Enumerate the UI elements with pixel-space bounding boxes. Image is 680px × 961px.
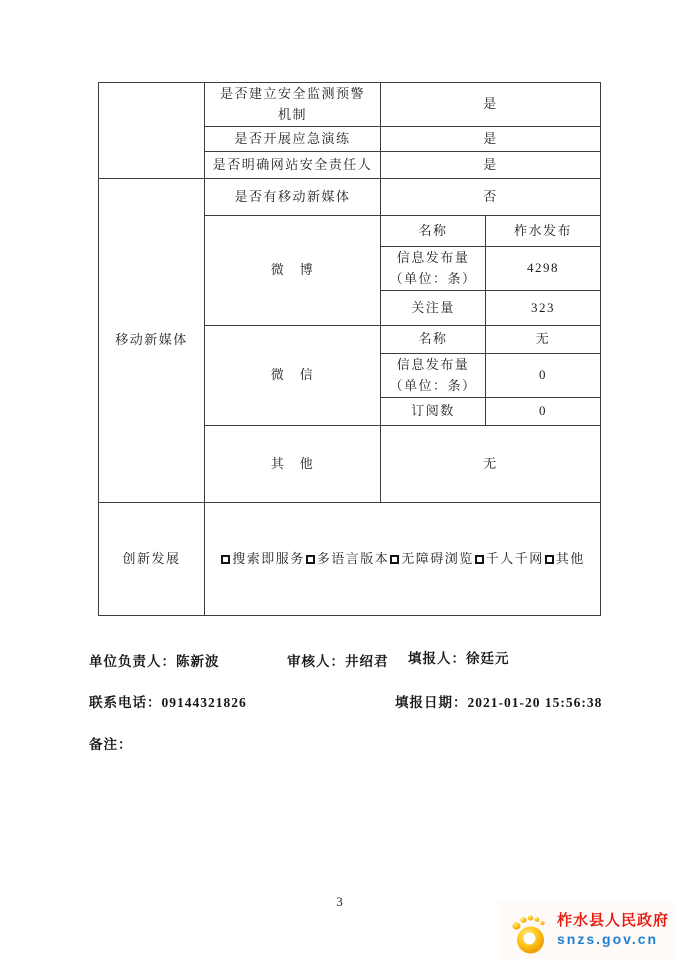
field-value: 09144321826 <box>162 695 247 710</box>
innovation-options: 搜索即服务多语言版本无障碍浏览千人千网其他 <box>205 503 601 616</box>
report-table: 是否建立安全监测预警 机制 是 是否开展应急演练 是 是否明确网站安全责任人 是… <box>98 82 601 616</box>
metric-value-cell: 无 <box>486 326 601 354</box>
logo-domain: snzs.gov.cn <box>557 931 669 947</box>
question-cell: 是否有移动新媒体 <box>205 179 381 216</box>
field-value: 井绍君 <box>345 654 389 669</box>
unit-responsible-field: 单位负责人：陈新波 <box>89 650 220 670</box>
innovation-option: 千人千网 <box>474 551 544 566</box>
field-label: 备注： <box>89 737 133 752</box>
option-label: 其他 <box>556 551 585 566</box>
section-cell-continued <box>99 83 205 179</box>
option-label: 千人千网 <box>486 551 544 566</box>
innovation-option: 其他 <box>544 551 585 566</box>
gov-logo: 柞水县人民政府 snzs.gov.cn <box>499 901 675 959</box>
field-value: 徐廷元 <box>466 651 510 666</box>
metric-value-cell: 0 <box>486 398 601 426</box>
metric-label-cell: 名称 <box>381 326 486 354</box>
logo-text-block: 柞水县人民政府 snzs.gov.cn <box>557 913 669 946</box>
checkbox-icon <box>475 555 484 564</box>
answer-cell: 是 <box>381 152 601 179</box>
checkbox-icon <box>545 555 554 564</box>
answer-cell: 是 <box>381 127 601 152</box>
weibo-label-cell: 微 博 <box>205 216 381 326</box>
metric-value-cell: 0 <box>486 354 601 398</box>
checkbox-icon <box>221 555 230 564</box>
metric-value-cell: 柞水发布 <box>486 216 601 247</box>
option-label: 搜索即服务 <box>232 551 305 566</box>
field-label: 单位负责人： <box>89 654 176 669</box>
logo-org-name: 柞水县人民政府 <box>557 913 669 930</box>
field-value: 2021-01-20 15:56:38 <box>468 695 603 710</box>
report-date-field: 填报日期：2021-01-20 15:56:38 <box>395 691 602 711</box>
metric-value-cell: 323 <box>486 291 601 326</box>
option-label: 多语言版本 <box>317 551 390 566</box>
field-label: 填报日期： <box>395 695 468 710</box>
field-label: 审核人： <box>287 654 345 669</box>
wechat-label-cell: 微 信 <box>205 326 381 426</box>
innovation-option: 无障碍浏览 <box>389 551 474 566</box>
remark-field: 备注： <box>89 733 133 753</box>
checkbox-icon <box>390 555 399 564</box>
reviewer-field: 审核人：井绍君 <box>287 650 389 670</box>
phone-field: 联系电话：09144321826 <box>89 691 247 711</box>
metric-value-cell: 4298 <box>486 247 601 291</box>
other-label-cell: 其 他 <box>205 426 381 503</box>
question-cell: 是否明确网站安全责任人 <box>205 152 381 179</box>
field-label: 联系电话： <box>89 695 162 710</box>
metric-label-cell: 信息发布量 （单位：条） <box>381 354 486 398</box>
section-label-mobile-media: 移动新媒体 <box>99 179 205 503</box>
innovation-option: 多语言版本 <box>305 551 390 566</box>
table-row: 创新发展 搜索即服务多语言版本无障碍浏览千人千网其他 <box>99 503 601 616</box>
answer-cell: 是 <box>381 83 601 127</box>
filler-field: 填报人：徐廷元 <box>408 647 510 667</box>
field-label: 填报人： <box>408 651 466 666</box>
checkbox-icon <box>306 555 315 564</box>
answer-cell: 否 <box>381 179 601 216</box>
question-cell: 是否开展应急演练 <box>205 127 381 152</box>
document-page: 是否建立安全监测预警 机制 是 是否开展应急演练 是 是否明确网站安全责任人 是… <box>0 0 680 961</box>
footprint-icon <box>511 910 549 956</box>
option-label: 无障碍浏览 <box>401 551 474 566</box>
table-row: 移动新媒体 是否有移动新媒体 否 <box>99 179 601 216</box>
other-value-cell: 无 <box>381 426 601 503</box>
metric-label-cell: 信息发布量 （单位：条） <box>381 247 486 291</box>
question-cell: 是否建立安全监测预警 机制 <box>205 83 381 127</box>
metric-label-cell: 订阅数 <box>381 398 486 426</box>
table-row: 是否建立安全监测预警 机制 是 <box>99 83 601 127</box>
innovation-option: 搜索即服务 <box>220 551 305 566</box>
field-value: 陈新波 <box>176 654 220 669</box>
metric-label-cell: 关注量 <box>381 291 486 326</box>
metric-label-cell: 名称 <box>381 216 486 247</box>
section-label-innovation: 创新发展 <box>99 503 205 616</box>
